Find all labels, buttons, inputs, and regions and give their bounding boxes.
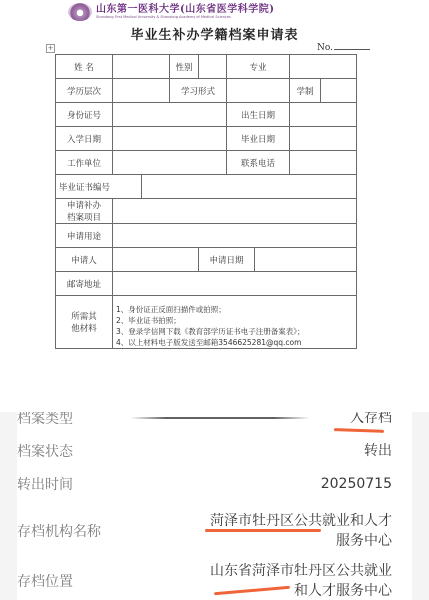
info-row-transfer-time: 转出时间 20250715 — [17, 474, 392, 494]
field-applicant — [113, 248, 199, 272]
label-employer: 工作单位 — [56, 151, 113, 175]
label-applicant: 申请人 — [56, 248, 113, 272]
field-duration — [321, 79, 357, 103]
info-value: 转出 — [364, 441, 392, 461]
label-education-level: 学历层次 — [56, 79, 113, 103]
label-line: 档案项目 — [59, 211, 109, 223]
label-phone: 联系电话 — [227, 151, 290, 175]
info-row-archive-location: 存档位置 山东省菏泽市牡丹区公共就业 和人才服务中心 — [17, 561, 392, 600]
label-name: 姓 名 — [56, 55, 113, 79]
field-education-level — [113, 79, 170, 103]
info-value-line: 服务中心 — [210, 531, 392, 551]
field-employer — [113, 151, 227, 175]
label-other-materials: 所需其 他材料 — [56, 296, 113, 349]
field-reissue-items — [113, 199, 357, 224]
info-label: 存档机构名称 — [17, 521, 101, 551]
university-emblem-icon — [68, 3, 92, 21]
info-label: 档案状态 — [17, 441, 73, 461]
field-graduation-date — [290, 127, 357, 151]
logo-name-en: Shandong First Medical University & Shan… — [96, 15, 274, 20]
label-id-number: 身份证号 — [56, 103, 113, 127]
label-apply-date: 申请日期 — [199, 248, 255, 272]
field-other-materials: 1、身份证正反面扫描件或拍照； 2、毕业证书拍照； 3、登录学信网下载《教育部学… — [113, 296, 357, 349]
label-reissue-items: 申请补办 档案项目 — [56, 199, 113, 224]
application-table: 姓 名 性别 专业 学历层次 学习形式 学制 身份证号 出生日期 入学日期 毕业… — [55, 54, 357, 349]
info-value: 20250715 — [321, 474, 392, 494]
image-fade — [0, 395, 429, 412]
info-label: 转出时间 — [17, 474, 73, 494]
label-study-mode: 学习形式 — [170, 79, 227, 103]
field-enroll-date — [113, 127, 227, 151]
label-birth-date: 出生日期 — [227, 103, 290, 127]
logo-name-cn: 山东第一医科大学(山东省医学科学院) — [96, 4, 274, 15]
field-name — [113, 55, 170, 79]
application-form-image: 山东第一医科大学(山东省医学科学院) Shandong First Medica… — [0, 0, 429, 412]
info-value: 山东省菏泽市牡丹区公共就业 和人才服务中心 — [210, 561, 392, 600]
field-apply-date — [255, 248, 357, 272]
label-line: 所需其 — [59, 310, 109, 322]
image-edge-shadow — [130, 417, 310, 419]
materials-list: 1、身份证正反面扫描件或拍照； 2、毕业证书拍照； 3、登录学信网下载《教育部学… — [116, 296, 353, 348]
label-line: 他材料 — [59, 322, 109, 334]
field-id-number — [113, 103, 227, 127]
form-number: No. — [317, 43, 370, 53]
field-purpose — [113, 224, 357, 248]
info-label: 存档位置 — [17, 571, 73, 600]
materials-item: 3、登录学信网下载《教育部学历证书电子注册备案表》； — [116, 326, 353, 337]
form-number-label: No. — [317, 43, 333, 53]
field-phone — [290, 151, 357, 175]
label-diploma-number: 毕业证书编号 — [56, 175, 142, 199]
field-major — [290, 55, 357, 79]
university-logo: 山东第一医科大学(山东省医学科学院) Shandong First Medica… — [68, 2, 274, 22]
background-right — [412, 400, 429, 600]
form-number-blank — [334, 49, 370, 50]
info-value-line: 山东省菏泽市牡丹区公共就业 — [210, 561, 392, 581]
highlight-mark — [205, 529, 321, 532]
table-move-handle-icon: + — [46, 44, 55, 53]
info-row-archive-status: 档案状态 转出 — [17, 441, 392, 461]
label-purpose: 申请用途 — [56, 224, 113, 248]
label-mail-address: 邮寄地址 — [56, 272, 113, 296]
field-study-mode — [227, 79, 290, 103]
form-title: 毕业生补办学籍档案申请表 — [0, 24, 429, 43]
materials-item: 1、身份证正反面扫描件或拍照； — [116, 304, 353, 315]
field-mail-address — [113, 272, 357, 296]
info-value-line: 菏泽市牡丹区公共就业和人才 — [210, 511, 392, 531]
materials-item: 4、以上材料电子版发送至邮箱3546625281@qq.com — [116, 337, 353, 348]
background-left — [0, 400, 17, 600]
label-line: 申请补办 — [59, 199, 109, 211]
label-enroll-date: 入学日期 — [56, 127, 113, 151]
field-gender — [199, 55, 227, 79]
label-duration: 学制 — [290, 79, 321, 103]
field-diploma-number — [142, 175, 357, 199]
label-graduation-date: 毕业日期 — [227, 127, 290, 151]
field-birth-date — [290, 103, 357, 127]
materials-item: 2、毕业证书拍照； — [116, 315, 353, 326]
label-gender: 性别 — [170, 55, 199, 79]
label-major: 专业 — [227, 55, 290, 79]
